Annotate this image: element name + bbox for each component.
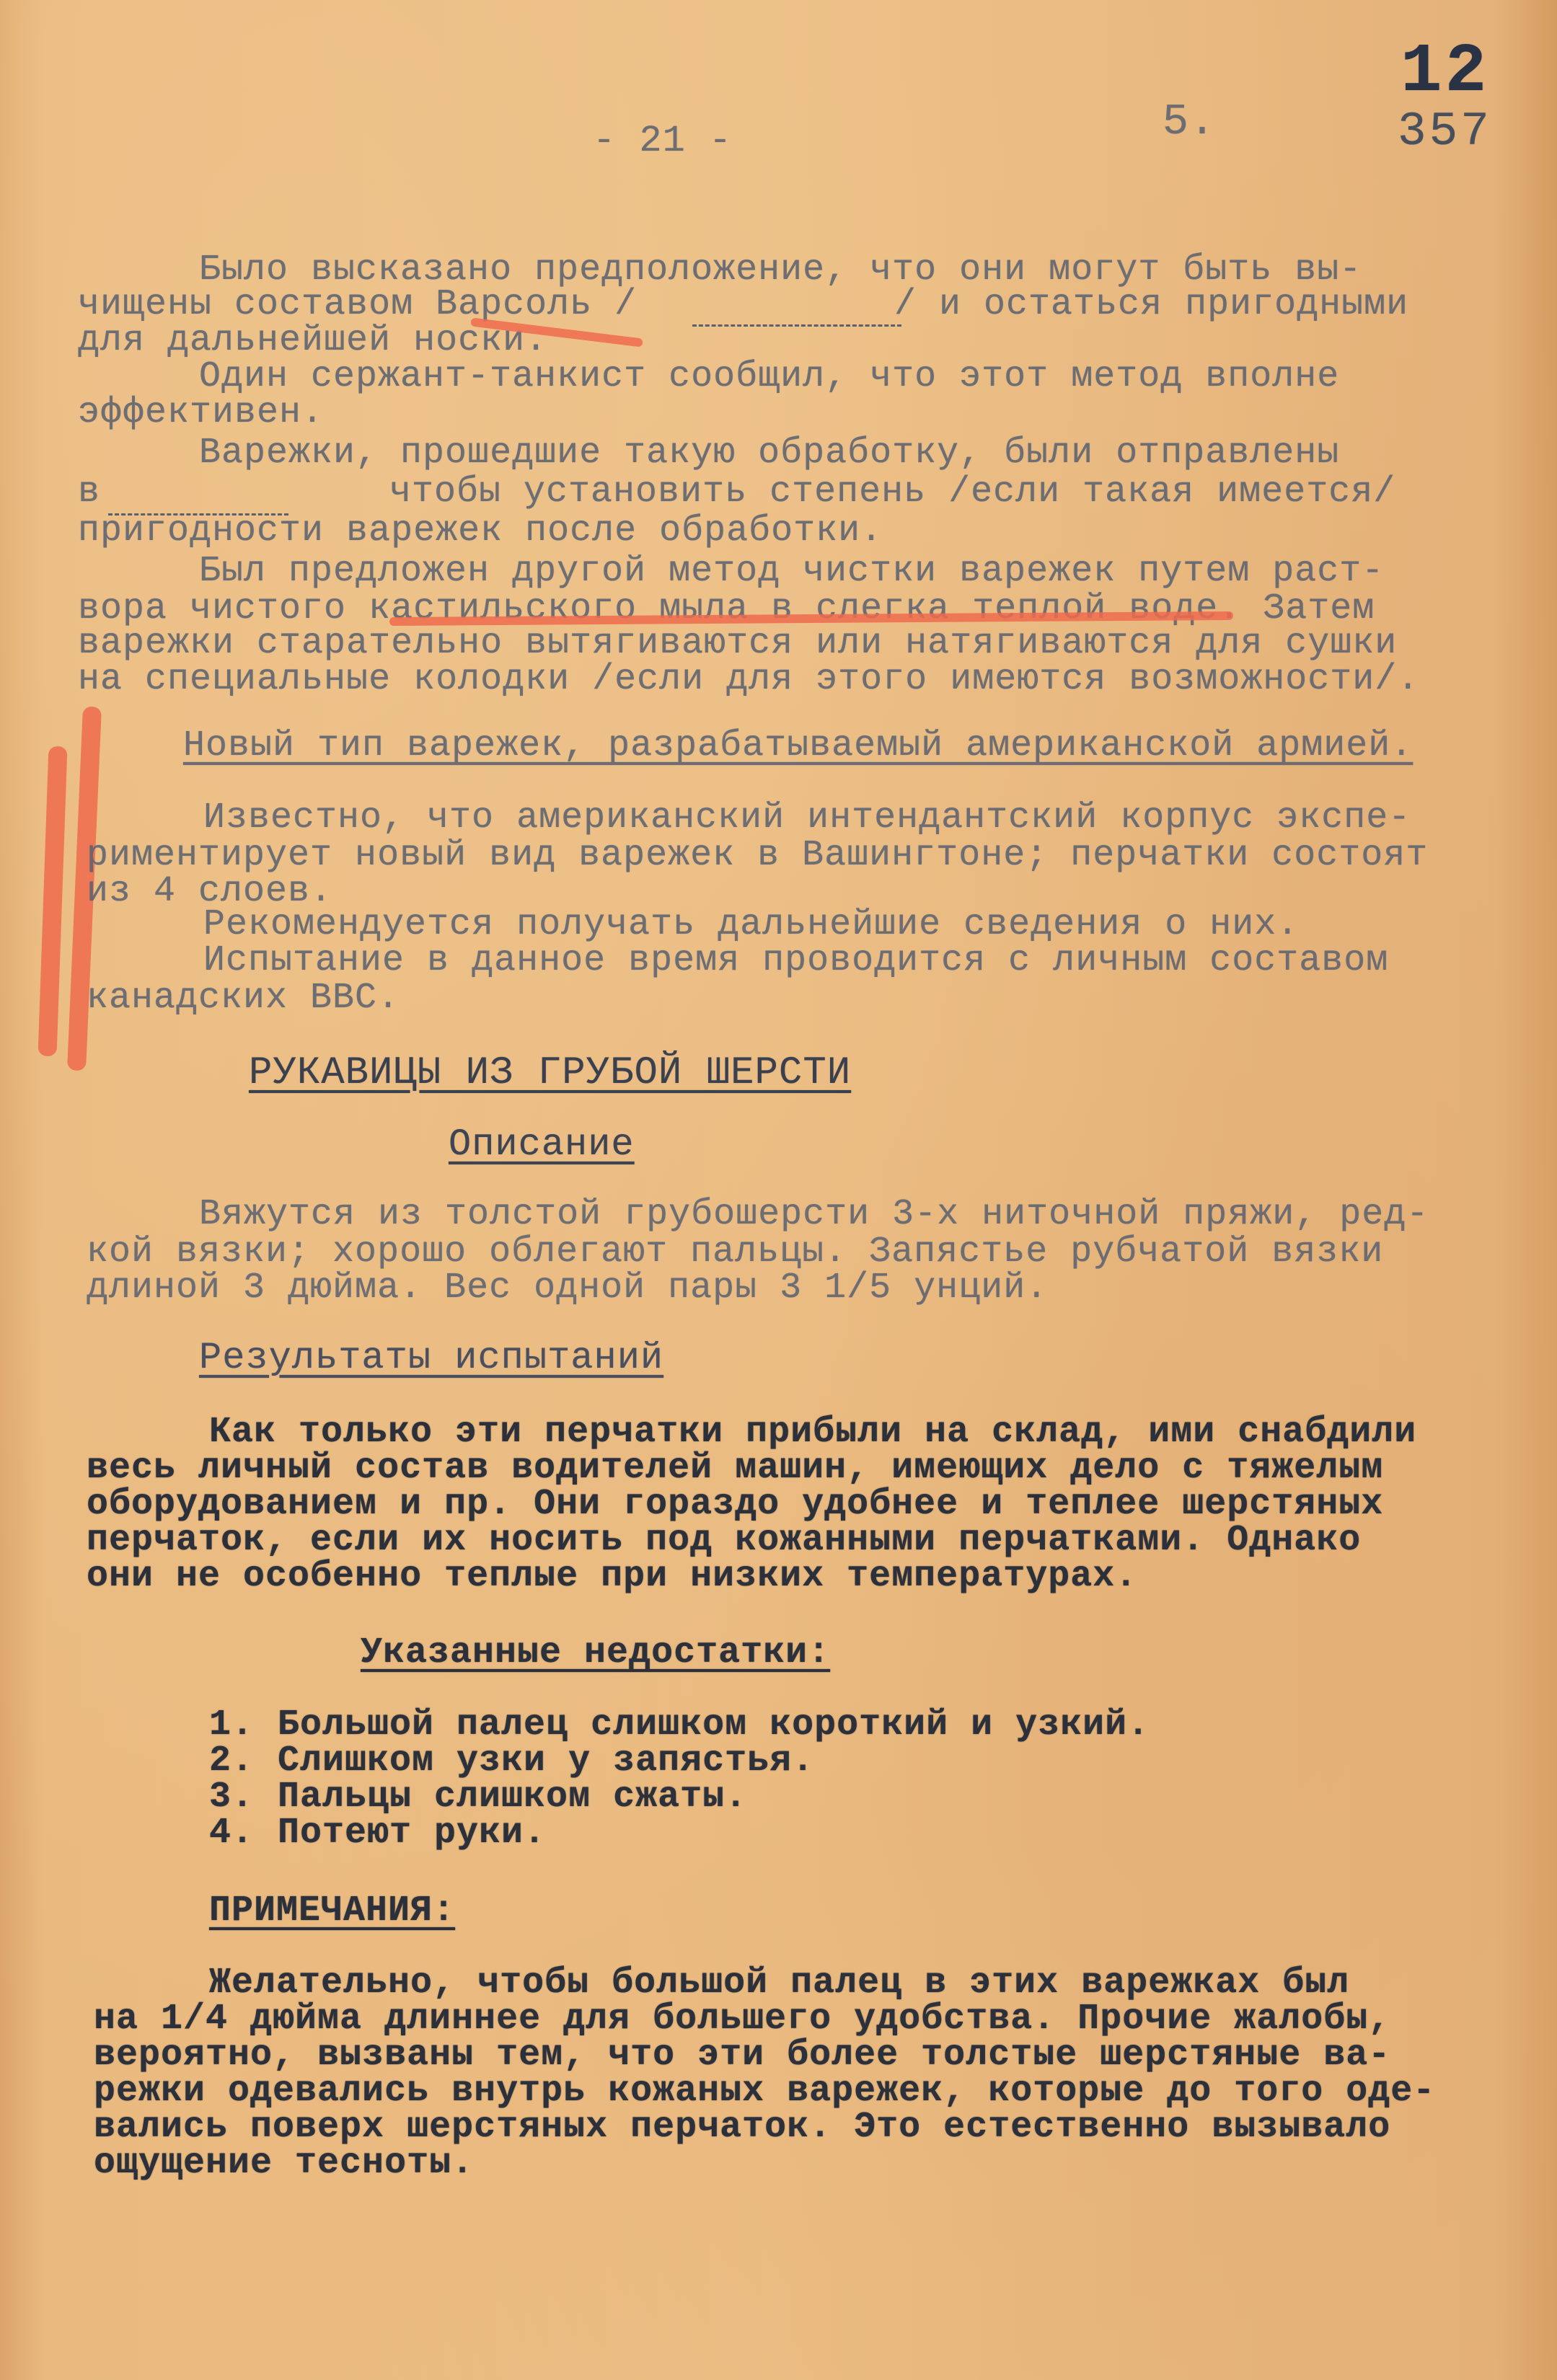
archive-number: 357 — [1398, 108, 1492, 156]
section-mark: 5. — [1163, 101, 1216, 144]
results-line3: оборудованием и пр. Они гораздо удобнее … — [87, 1487, 1383, 1523]
cleaning-p1-line2: чищены составом Варсоль / — [78, 287, 637, 323]
description-heading: Описание — [449, 1126, 635, 1164]
defects-heading: Указанные недостатки: — [361, 1635, 830, 1671]
cleaning-p3-line2b: чтобы установить степень /если такая име… — [389, 474, 1395, 510]
cleaning-p3-line1: Варежки, прошедшие такую обработку, были… — [199, 435, 1339, 472]
description-line1: Вяжутся из толстой грубошерсти 3-х ниточ… — [199, 1197, 1429, 1233]
results-line2: весь личный состав водителей машин, имею… — [87, 1451, 1383, 1487]
new-type-line6: канадских ВВС. — [87, 981, 400, 1017]
new-type-line4: Рекомендуется получать дальнейшие сведен… — [203, 907, 1299, 943]
defect-text: Пальцы слишком сжаты. — [278, 1779, 747, 1815]
new-type-heading: Новый тип варежек, разрабатываемый амери… — [183, 728, 1413, 764]
new-type-line2: риментирует новый вид варежек в Вашингто… — [87, 838, 1428, 874]
cleaning-p2-line2: эффективен. — [78, 395, 324, 431]
cleaning-p1-line3: для дальнейшей носки. — [78, 323, 547, 359]
results-line1: Как только эти перчатки прибыли на склад… — [209, 1415, 1416, 1451]
blank-fill-line — [692, 324, 901, 327]
results-line5: они не особенно теплые при низких темпер… — [87, 1559, 1137, 1595]
defect-text: Слишком узки у запястья. — [278, 1743, 814, 1779]
new-type-line1: Известно, что американский интендантский… — [203, 800, 1411, 836]
defect-number: 3. — [209, 1779, 254, 1815]
cleaning-p1-line2b: / и остаться пригодными — [894, 287, 1408, 323]
cleaning-p4-line1: Был предложен другой метод чистки вареже… — [199, 554, 1384, 590]
notes-line4: режки одевались внутрь кожаных варежек, … — [94, 2074, 1435, 2110]
red-pencil-margin-mark — [38, 746, 68, 1057]
page-number: - 21 - — [593, 123, 732, 160]
results-line4: перчаток, если их носить под кожанными п… — [87, 1523, 1361, 1559]
sheet-number: 12 — [1401, 37, 1489, 107]
cleaning-p4-line3: варежки старательно вытягиваются или нат… — [78, 626, 1397, 662]
defect-text: Потеют руки. — [278, 1815, 546, 1852]
notes-line3: вероятно, вызваны тем, что эти более тол… — [94, 2038, 1390, 2074]
notes-line5: вались поверх шерстяных перчаток. Это ес… — [94, 2110, 1390, 2146]
defect-number: 2. — [209, 1743, 254, 1779]
defect-number: 1. — [209, 1707, 254, 1743]
defect-text: Большой палец слишком короткий и узкий. — [278, 1707, 1150, 1743]
results-heading: Результаты испытаний — [199, 1340, 663, 1377]
notes-heading: ПРИМЕЧАНИЯ: — [209, 1893, 455, 1929]
section-title: РУКАВИЦЫ ИЗ ГРУБОЙ ШЕРСТИ — [249, 1054, 851, 1093]
notes-line2: на 1/4 дюйма длиннее для большего удобст… — [94, 2001, 1390, 2038]
cleaning-p3-line3: пригодности варежек после обработки. — [78, 513, 883, 549]
defect-number: 4. — [209, 1815, 254, 1852]
cleaning-p2-line1: Один сержант-танкист сообщил, что этот м… — [199, 359, 1339, 395]
cleaning-p3-line2a: в — [78, 474, 100, 510]
description-line2: кой вязки; хорошо облегают пальцы. Запяс… — [87, 1234, 1383, 1270]
notes-line6: ощущение тесноты. — [94, 2146, 474, 2182]
notes-line1: Желательно, чтобы большой палец в этих в… — [209, 1965, 1349, 2001]
cleaning-p1-line1: Было высказано предположение, что они мо… — [199, 252, 1362, 288]
new-type-line5: Испытание в данное время проводится с ли… — [203, 943, 1388, 979]
description-line3: длиной 3 дюйма. Вес одной пары 3 1/5 унц… — [87, 1270, 1048, 1306]
cleaning-p4-line4: на специальные колодки /если для этого и… — [78, 662, 1419, 698]
document-page: - 21 - 5. 12 357 Было высказано предполо… — [0, 0, 1557, 2380]
